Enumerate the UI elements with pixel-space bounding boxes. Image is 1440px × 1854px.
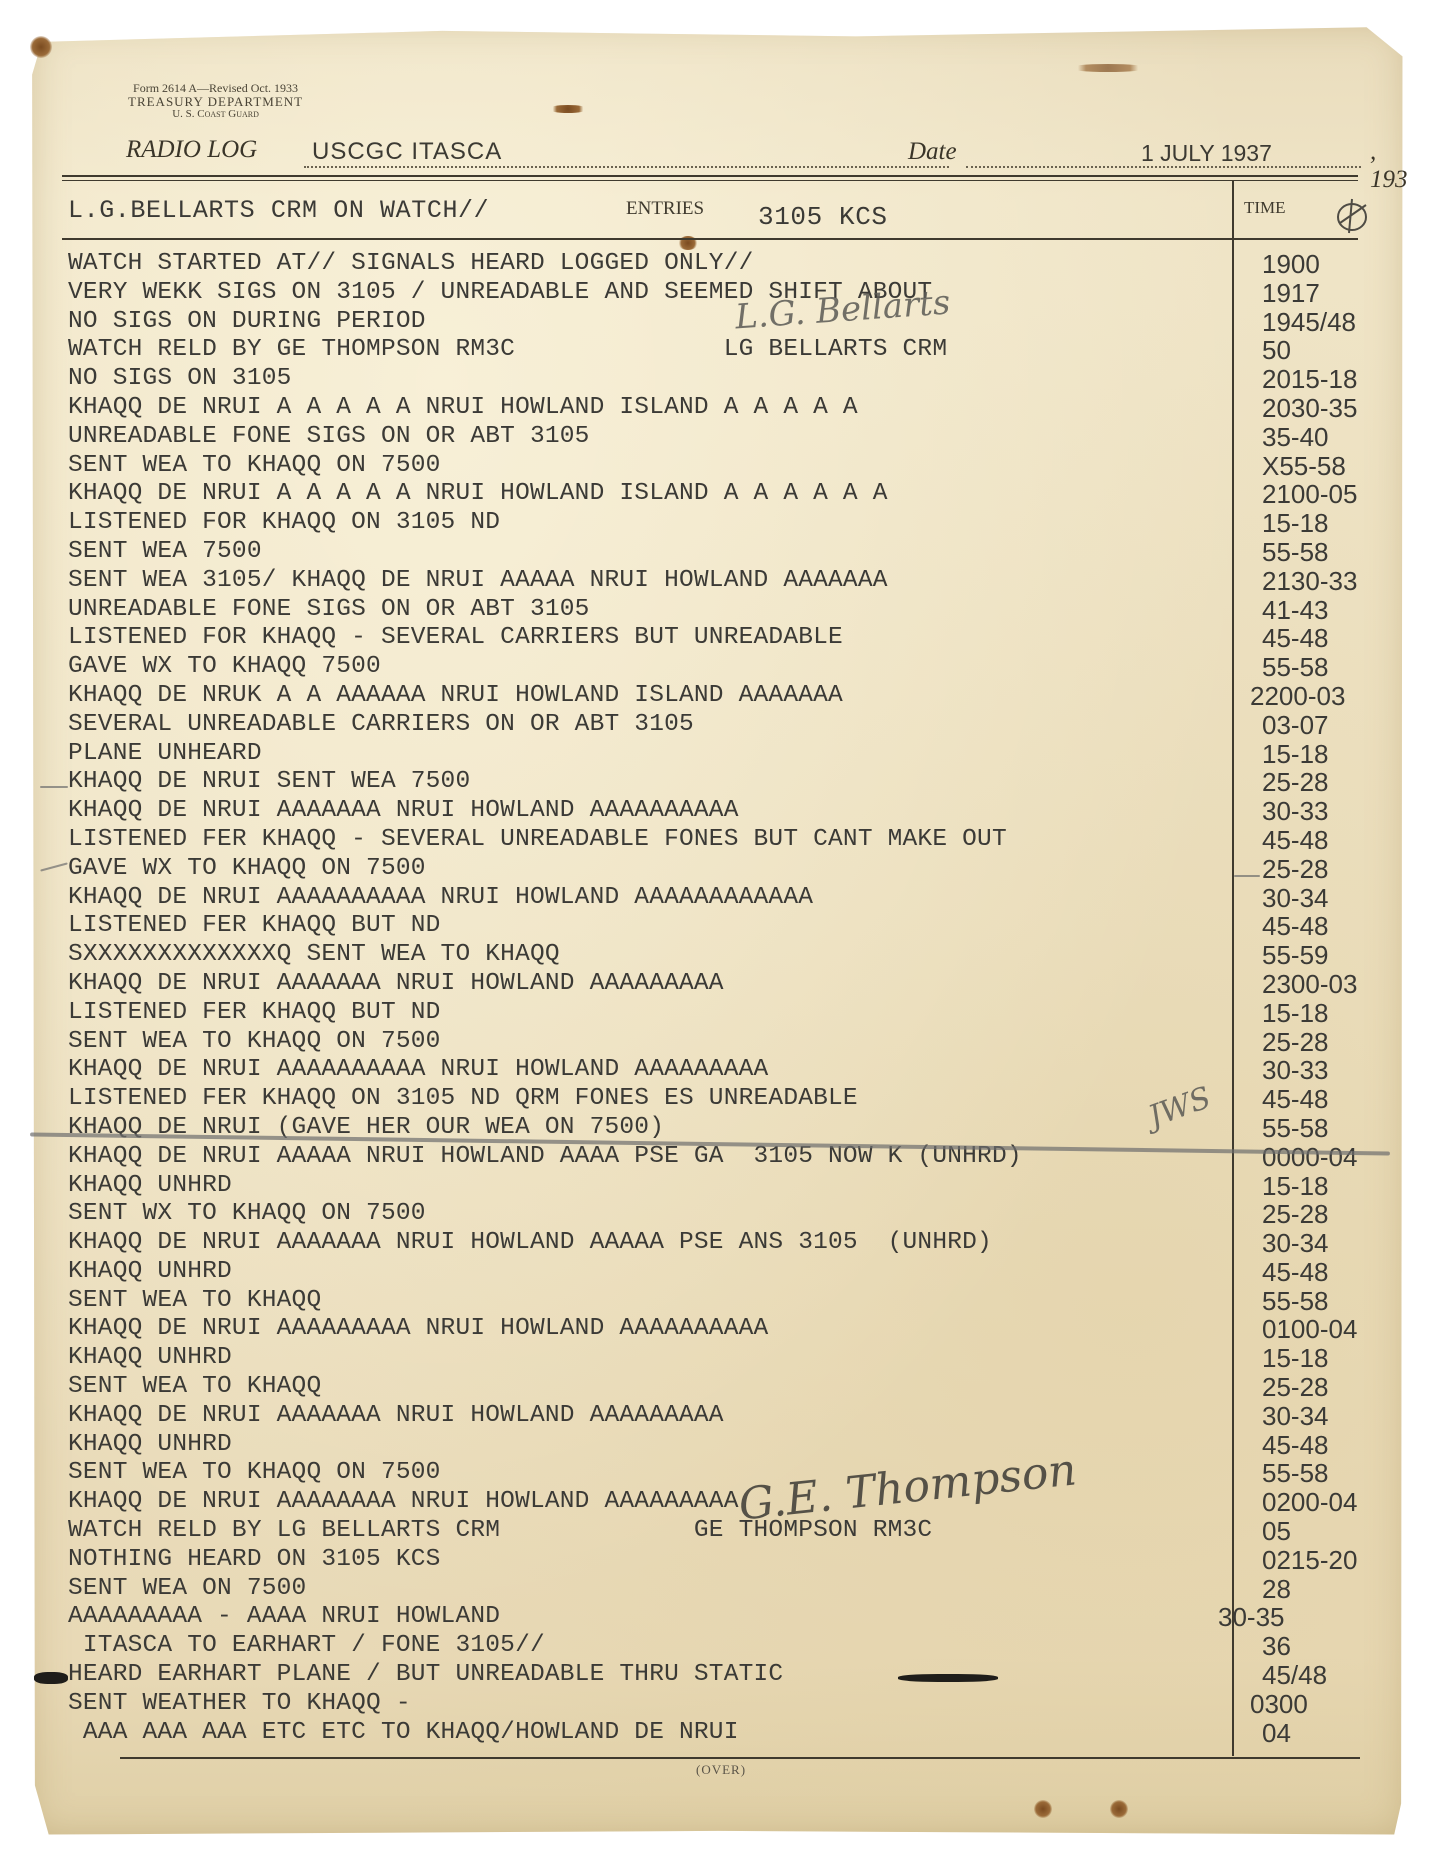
- column-head-rule: [62, 238, 1358, 240]
- entry-time: 2300-03: [1262, 970, 1402, 999]
- log-entries: WATCH STARTED AT// SIGNALS HEARD LOGGED …: [68, 250, 1228, 1747]
- log-entry: WATCH STARTED AT// SIGNALS HEARD LOGGED …: [68, 250, 1228, 279]
- entry-time: 50: [1262, 336, 1402, 365]
- log-entry: NO SIGS ON DURING PERIOD: [68, 308, 1228, 337]
- log-entry: LISTENED FER KHAQQ BUT ND: [68, 912, 1228, 941]
- log-entry: LISTENED FOR KHAQQ - SEVERAL CARRIERS BU…: [68, 624, 1228, 653]
- log-entry: SENT WEA ON 7500: [68, 1575, 1228, 1604]
- entry-time: 03-07: [1262, 711, 1402, 740]
- log-entry: WATCH RELD BY GE THOMPSON RM3C LG BELLAR…: [68, 336, 1228, 365]
- log-entry: SEVERAL UNREADABLE CARRIERS ON OR ABT 31…: [68, 711, 1228, 740]
- log-entry: ITASCA TO EARHART / FONE 3105//: [68, 1632, 1228, 1661]
- log-entry: SENT WX TO KHAQQ ON 7500: [68, 1200, 1228, 1229]
- entry-time: 2015-18: [1262, 365, 1402, 394]
- circled-cross-mark: [1332, 195, 1372, 235]
- log-entry: LISTENED FOR KHAQQ ON 3105 ND: [68, 509, 1228, 538]
- log-entry: SENT WEA TO KHAQQ: [68, 1373, 1228, 1402]
- log-entry: GAVE WX TO KHAQQ 7500: [68, 653, 1228, 682]
- log-entry: GAVE WX TO KHAQQ ON 7500: [68, 855, 1228, 884]
- entry-time: 30-33: [1262, 797, 1402, 826]
- log-entry: SENT WEA 3105/ KHAQQ DE NRUI AAAAA NRUI …: [68, 567, 1228, 596]
- entry-time: 45-48: [1262, 1431, 1402, 1460]
- log-entry: SENT WEA 7500: [68, 538, 1228, 567]
- frequency-label: 3105 KCS: [758, 202, 888, 232]
- entry-time: 55-58: [1262, 653, 1402, 682]
- entry-time: 15-18: [1262, 999, 1402, 1028]
- title-row: RADIO LOG USCGC ITASCA Date 1 JULY 1937 …: [126, 136, 1296, 170]
- entry-time: 15-18: [1262, 509, 1402, 538]
- log-entry: PLANE UNHEARD: [68, 740, 1228, 769]
- time-column-divider: [1232, 181, 1234, 1756]
- pencil-tick: [1234, 875, 1260, 877]
- entry-time: 45-48: [1262, 624, 1402, 653]
- log-entry: KHAQQ DE NRUI SENT WEA 7500: [68, 768, 1228, 797]
- log-entry: KHAQQ DE NRUI AAAAAAA NRUI HOWLAND AAAAA…: [68, 797, 1228, 826]
- log-entry: HEARD EARHART PLANE / BUT UNREADABLE THR…: [68, 1661, 1228, 1690]
- log-entry: LISTENED FER KHAQQ ON 3105 ND QRM FONES …: [68, 1085, 1228, 1114]
- entry-time: X55-58: [1262, 452, 1402, 481]
- entry-time: 25-28: [1262, 1028, 1402, 1057]
- log-entry: SENT WEA TO KHAQQ ON 7500: [68, 452, 1228, 481]
- header-double-rule: [62, 180, 1358, 181]
- log-entry: KHAQQ DE NRUI AAAAAAAAAA NRUI HOWLAND AA…: [68, 884, 1228, 913]
- entry-time: 1945/48: [1262, 308, 1402, 337]
- log-entry: KHAQQ DE NRUI AAAAAAAAA NRUI HOWLAND AAA…: [68, 1315, 1228, 1344]
- log-entry: KHAQQ DE NRUI AAAAAAA NRUI HOWLAND AAAAA…: [68, 1402, 1228, 1431]
- log-entry: LISTENED FER KHAQQ BUT ND: [68, 999, 1228, 1028]
- entries-column-header: ENTRIES: [626, 198, 704, 220]
- form-identifier: Form 2614 A—Revised Oct. 1933 TREASURY D…: [128, 82, 303, 121]
- entry-time: 55-58: [1262, 538, 1402, 567]
- entry-time: 30-33: [1262, 1056, 1402, 1085]
- time-column: 1900 1917 1945/48 50 2015-18 2030-35 35-…: [1262, 250, 1402, 1747]
- station-field: USCGC ITASCA: [304, 138, 949, 168]
- log-entry: KHAQQ DE NRUI AAAAAAAAAA NRUI HOWLAND AA…: [68, 1056, 1228, 1085]
- entry-time: 2200-03: [1250, 682, 1402, 711]
- log-entry: KHAQQ DE NRUI AAAAAAA NRUI HOWLAND AAAAA…: [68, 970, 1228, 999]
- log-entry: SENT WEATHER TO KHAQQ -: [68, 1690, 1228, 1719]
- operator-on-watch: L.G.BELLARTS CRM ON WATCH//: [68, 196, 489, 225]
- log-entry: KHAQQ DE NRUI A A A A A NRUI HOWLAND ISL…: [68, 480, 1228, 509]
- entry-time: 0200-04: [1262, 1488, 1402, 1517]
- entry-time: 2130-33: [1262, 567, 1402, 596]
- entry-time: 45-48: [1262, 826, 1402, 855]
- entry-time: 30-34: [1262, 884, 1402, 913]
- entry-time: 1917: [1262, 279, 1402, 308]
- entry-time: 30-34: [1262, 1229, 1402, 1258]
- entry-time: 45-48: [1262, 1085, 1402, 1114]
- ink-blot: [898, 1674, 998, 1682]
- footer-rule: [120, 1757, 1360, 1759]
- agency-name: U. S. Coast Guard: [128, 108, 303, 121]
- entry-time: 45-48: [1262, 1258, 1402, 1287]
- log-entry: UNREADABLE FONE SIGS ON OR ABT 3105: [68, 596, 1228, 625]
- header-double-rule: [62, 175, 1358, 177]
- entry-time: 25-28: [1262, 1373, 1402, 1402]
- entry-time: 41-43: [1262, 596, 1402, 625]
- log-entry: KHAQQ DE NRUI AAAAAAA NRUI HOWLAND AAAAA…: [68, 1229, 1228, 1258]
- entry-time: 0300: [1250, 1690, 1402, 1719]
- log-entry: NO SIGS ON 3105: [68, 365, 1228, 394]
- log-entry: KHAQQ DE NRUK A A AAAAAA NRUI HOWLAND IS…: [68, 682, 1228, 711]
- radio-log-label: RADIO LOG: [126, 136, 257, 164]
- entry-time: 25-28: [1262, 1200, 1402, 1229]
- entry-time: 30-35: [1218, 1603, 1402, 1632]
- entry-time: 45/48: [1262, 1661, 1402, 1690]
- entry-time: 2100-05: [1262, 480, 1402, 509]
- log-entry: SXXXXXXXXXXXXXQ SENT WEA TO KHAQQ: [68, 941, 1228, 970]
- pencil-tick: [40, 786, 68, 788]
- ink-stain: [1110, 1800, 1128, 1818]
- entry-time: 30-34: [1262, 1402, 1402, 1431]
- log-entry: WATCH RELD BY LG BELLARTS CRM GE THOMPSO…: [68, 1517, 1228, 1546]
- year-suffix: , 193: [1370, 138, 1408, 194]
- entry-time: 55-58: [1262, 1287, 1402, 1316]
- date-value: 1 JULY 1937: [1141, 140, 1272, 167]
- entry-time: 15-18: [1262, 1344, 1402, 1373]
- entry-time: 1900: [1262, 250, 1402, 279]
- log-entry: KHAQQ DE NRUI A A A A A NRUI HOWLAND ISL…: [68, 394, 1228, 423]
- ink-stain: [1068, 64, 1148, 72]
- ink-stain: [548, 105, 588, 113]
- entry-time: 55-59: [1262, 941, 1402, 970]
- entry-time: 0000-04: [1262, 1143, 1402, 1172]
- entry-time: 15-18: [1262, 740, 1402, 769]
- log-entry: VERY WEKK SIGS ON 3105 / UNREADABLE AND …: [68, 279, 1228, 308]
- entry-time: 28: [1262, 1575, 1402, 1604]
- entry-time: 25-28: [1262, 855, 1402, 884]
- date-field: 1 JULY 1937: [966, 140, 1361, 168]
- over-label: (OVER): [696, 1762, 746, 1778]
- entry-time: 0100-04: [1262, 1315, 1402, 1344]
- log-entry: SENT WEA TO KHAQQ ON 7500: [68, 1028, 1228, 1057]
- log-entry: NOTHING HEARD ON 3105 KCS: [68, 1546, 1228, 1575]
- log-entry: UNREADABLE FONE SIGS ON OR ABT 3105: [68, 423, 1228, 452]
- entry-time: 36: [1262, 1632, 1402, 1661]
- corner-stain: [30, 36, 52, 58]
- log-entry: AAAAAAAAA - AAAA NRUI HOWLAND: [68, 1603, 1228, 1632]
- ink-blot: [34, 1672, 68, 1684]
- date-label: Date: [908, 138, 957, 166]
- entry-time: 35-40: [1262, 423, 1402, 452]
- entry-time: 15-18: [1262, 1172, 1402, 1201]
- log-entry: LISTENED FER KHAQQ - SEVERAL UNREADABLE …: [68, 826, 1228, 855]
- entry-time: 05: [1262, 1517, 1402, 1546]
- log-entry: KHAQQ UNHRD: [68, 1172, 1228, 1201]
- entry-time: 55-58: [1262, 1114, 1402, 1143]
- entry-time: 45-48: [1262, 912, 1402, 941]
- log-entry: AAA AAA AAA ETC ETC TO KHAQQ/HOWLAND DE …: [68, 1719, 1228, 1748]
- entry-time: 55-58: [1262, 1459, 1402, 1488]
- entry-time: 0215-20: [1262, 1546, 1402, 1575]
- log-entry: KHAQQ UNHRD: [68, 1258, 1228, 1287]
- log-entry: KHAQQ UNHRD: [68, 1344, 1228, 1373]
- time-column-header: TIME: [1244, 198, 1286, 218]
- department-name: TREASURY DEPARTMENT: [128, 95, 303, 108]
- ink-stain: [1034, 1800, 1052, 1818]
- entry-time: 2030-35: [1262, 394, 1402, 423]
- entry-time: 25-28: [1262, 768, 1402, 797]
- entry-time: 04: [1262, 1719, 1402, 1748]
- log-entry: SENT WEA TO KHAQQ: [68, 1287, 1228, 1316]
